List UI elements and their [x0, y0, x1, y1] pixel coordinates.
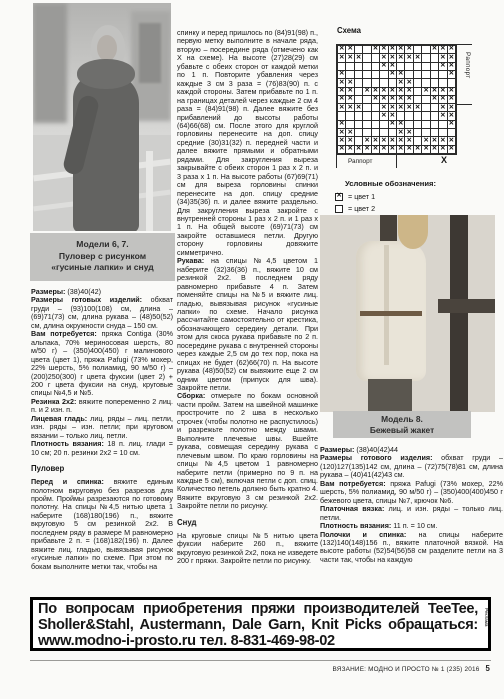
chart-cell-color1: ✕	[422, 137, 429, 144]
footer-issue: ВЯЗАНИЕ: МОДНО И ПРОСТО № 1 (235) 2016	[333, 666, 480, 673]
center-stitch-mark: Х	[441, 155, 447, 165]
chart-cell-color2	[422, 63, 429, 70]
chart-cell-color1: ✕	[346, 104, 353, 111]
chart-cell-color2	[355, 46, 362, 53]
chart-cell-color1: ✕	[389, 121, 396, 128]
chart-cell-color2	[414, 137, 421, 144]
chart-cell-color2	[422, 54, 429, 61]
chart-cell-color2	[448, 129, 455, 136]
chart-cell-color2	[431, 104, 438, 111]
chart-cell-color1: ✕	[355, 104, 362, 111]
chart-cell-color2	[363, 112, 370, 119]
chart-cell-color1: ✕	[431, 88, 438, 95]
chart-cell-color1: ✕	[389, 63, 396, 70]
chart-cell-color1: ✕	[439, 137, 446, 144]
chart-cell-color1: ✕	[405, 46, 412, 53]
chart-cell-color1: ✕	[338, 121, 345, 128]
chart-cell-color1: ✕	[372, 137, 379, 144]
chart-cell-color1: ✕	[389, 88, 396, 95]
chart-cell-color2	[338, 112, 345, 119]
chart-cell-color2	[422, 79, 429, 86]
chart-cell-color1: ✕	[431, 96, 438, 103]
chart-cell-color1: ✕	[346, 54, 353, 61]
chart-cell-color1: ✕	[448, 146, 455, 153]
chart-cell-color1: ✕	[431, 46, 438, 53]
chart-cell-color1: ✕	[380, 112, 387, 119]
chart-cell-color2	[346, 121, 353, 128]
chart-cell-color2	[363, 79, 370, 86]
chart-cell-color2	[380, 71, 387, 78]
photo-model-face	[97, 35, 117, 61]
ad-reklama-label: Реклама	[484, 608, 489, 626]
photo-model-snood	[77, 59, 135, 89]
chart-cell-color1: ✕	[338, 129, 345, 136]
chart-cell-color1: ✕	[439, 46, 446, 53]
chart-cell-color2	[431, 54, 438, 61]
caption-line: Модель 8.	[333, 414, 471, 425]
chart-cell-color2	[422, 129, 429, 136]
chart-cell-color2	[414, 46, 421, 53]
paragraph: Полочки и спинка: на спицы наберите (132…	[320, 531, 503, 565]
chart-cell-color1: ✕	[389, 146, 396, 153]
paragraph-label: Размеры готового изделия:	[320, 453, 432, 462]
chart-cell-color1: ✕	[439, 146, 446, 153]
chart-cell-color1: ✕	[363, 146, 370, 153]
chart-cell-color2	[355, 63, 362, 70]
chart-cell-color1: ✕	[448, 137, 455, 144]
magazine-page: Модели 6, 7. Пуловер с рисунком «гусиные…	[0, 0, 504, 699]
rapport-tick	[336, 155, 337, 168]
chart-cell-color1: ✕	[405, 96, 412, 103]
chart-cell-color1: ✕	[380, 54, 387, 61]
footer: ВЯЗАНИЕ: МОДНО И ПРОСТО № 1 (235) 2016 5	[333, 664, 490, 673]
chart-cell-color2	[380, 129, 387, 136]
chart-cell-color2	[431, 112, 438, 119]
chart-cell-color2	[380, 79, 387, 86]
paragraph: Сборка: отмерьте по бокам основной части…	[177, 392, 318, 510]
chart-cell-color2	[422, 46, 429, 53]
chart-cell-color1: ✕	[405, 104, 412, 111]
chart-cell-color1: ✕	[389, 137, 396, 144]
ad-line-3: www.modno-i-prosto.ru тел. 8-831-469-98-…	[38, 633, 478, 649]
paragraph-label: Полочки и спинка:	[320, 530, 406, 539]
paragraph-label: Резинка 2х2:	[31, 397, 76, 406]
paragraph-label: Рукава:	[177, 256, 204, 265]
chart-cell-color2	[338, 63, 345, 70]
chart-cell-color2	[389, 79, 396, 86]
chart-cell-color1: ✕	[338, 79, 345, 86]
rapport-tick	[455, 104, 472, 105]
photo-model-jeans	[368, 379, 412, 412]
chart-cell-color2	[372, 121, 379, 128]
chart-cell-color1: ✕	[414, 54, 421, 61]
chart-cell-color2	[414, 121, 421, 128]
chart-cell-color2	[372, 104, 379, 111]
section-heading: Снуд	[177, 518, 318, 527]
text-column-2: спинку и перед пришлось по (84)91(98) п.…	[177, 29, 318, 589]
chart-cell-color1: ✕	[422, 88, 429, 95]
chart-cell-color1: ✕	[414, 104, 421, 111]
chart-cell-color1: ✕	[338, 137, 345, 144]
chart-cell-color2	[346, 112, 353, 119]
legend-item-color2: = цвет 2	[335, 204, 375, 213]
chart-cell-color1: ✕	[405, 129, 412, 136]
chart-cell-color1: ✕	[346, 129, 353, 136]
chart-cell-color1: ✕	[389, 112, 396, 119]
chart-cell-color1: ✕	[448, 96, 455, 103]
paragraph-label: Вам потребуется:	[320, 479, 386, 488]
paragraph: Лицевая гладь: лиц. ряды – лиц. петли, и…	[31, 415, 173, 440]
chart-cell-color1: ✕	[439, 112, 446, 119]
chart-cell-color1: ✕	[338, 54, 345, 61]
legend-text: = цвет 2	[348, 204, 375, 213]
caption-line: Бежевый жакет	[333, 425, 471, 436]
rapport-label-vertical: Раппорт	[461, 52, 471, 104]
chart-cell-color1: ✕	[338, 71, 345, 78]
chart-cell-color1: ✕	[338, 104, 345, 111]
chart-cell-color1: ✕	[338, 146, 345, 153]
chart-cell-color2	[414, 71, 421, 78]
chart-cell-color1: ✕	[372, 146, 379, 153]
chart-cell-color2	[372, 129, 379, 136]
chart-cell-color1: ✕	[414, 146, 421, 153]
chart-cell-color2	[372, 54, 379, 61]
chart-cell-color2	[380, 121, 387, 128]
chart-cell-color2	[414, 79, 421, 86]
chart-cell-color1: ✕	[346, 96, 353, 103]
paragraph-label: Сборка:	[177, 391, 205, 400]
schema-title: Схема	[337, 26, 361, 35]
chart-cell-color2	[355, 137, 362, 144]
chart-cell-color2	[448, 79, 455, 86]
chart-cell-color1: ✕	[389, 71, 396, 78]
chart-cell-color1: ✕	[372, 46, 379, 53]
chart-cell-color2	[414, 96, 421, 103]
chart-cell-color2	[422, 112, 429, 119]
photo-bench	[438, 299, 495, 313]
chart-cell-color2	[439, 71, 446, 78]
chart-cell-color2	[431, 121, 438, 128]
chart-cell-color2	[422, 104, 429, 111]
chart-cell-color2	[346, 71, 353, 78]
chart-cell-color1: ✕	[422, 146, 429, 153]
chart-cell-color1: ✕	[380, 146, 387, 153]
chart-cell-color2	[414, 88, 421, 95]
photo-model-hair	[398, 215, 428, 249]
chart-cell-color2	[346, 63, 353, 70]
chart-cell-color1: ✕	[346, 146, 353, 153]
model-8-photo	[320, 215, 495, 412]
photo-building-left	[33, 3, 67, 123]
chart-cell-color1: ✕	[346, 46, 353, 53]
chart-cell-color2	[397, 63, 404, 70]
paragraph: Плотность вязания: 18 п. лиц. глади = 10…	[31, 440, 173, 457]
paragraph-label: Плотность вязания:	[31, 439, 104, 448]
chart-cell-color1: ✕	[439, 63, 446, 70]
chart-cell-color1: ✕	[380, 88, 387, 95]
chart-cell-color2	[372, 71, 379, 78]
chart-cell-color1: ✕	[448, 88, 455, 95]
chart-cell-color1: ✕	[372, 96, 379, 103]
chart-cell-color2	[389, 129, 396, 136]
models-6-7-photo	[33, 3, 171, 231]
chart-cell-color1: ✕	[448, 104, 455, 111]
chart-cell-color1: ✕	[448, 54, 455, 61]
chart-cell-color1: ✕	[397, 104, 404, 111]
paragraph: спинку и перед пришлось по (84)91(98) п.…	[177, 29, 318, 257]
chart-cell-color1: ✕	[397, 121, 404, 128]
chart-cell-color1: ✕	[439, 54, 446, 61]
footer-rule	[30, 660, 491, 661]
chart-cell-color1: ✕	[397, 137, 404, 144]
photo-window	[139, 23, 161, 83]
chart-cell-color2	[372, 112, 379, 119]
chart-cell-color1: ✕	[448, 46, 455, 53]
chart-cell-color2	[363, 46, 370, 53]
chart-cell-color2	[439, 121, 446, 128]
paragraph: На круговые спицы №5 нитью цвета фуксии …	[177, 532, 318, 566]
chart-cell-color2	[439, 129, 446, 136]
chart-cell-color1: ✕	[380, 104, 387, 111]
photo-pillar	[450, 215, 468, 412]
text-column-3: Размеры: (38)40(42)44Размеры готового из…	[320, 446, 503, 592]
chart-cell-color2	[405, 112, 412, 119]
paragraph-label: Размеры готовых изделий:	[31, 295, 142, 304]
chart-cell-color2	[363, 121, 370, 128]
yarn-ad-banner: По вопросам приобретения пряжи производи…	[30, 597, 491, 651]
chart-cell-color1: ✕	[431, 146, 438, 153]
text-column-1: Размеры: (38)40(42)Размеры готовых издел…	[31, 288, 173, 594]
rapport-tick	[396, 155, 397, 168]
chart-cell-color1: ✕	[439, 96, 446, 103]
paragraph: Размеры готового изделия: обхват груди –…	[320, 454, 503, 479]
x-square-icon: ✕	[335, 193, 343, 201]
knitting-chart: ✕✕✕✕✕✕✕✕✕✕✕✕✕✕✕✕✕✕✕✕✕✕✕✕✕✕✕✕✕✕✕✕✕✕✕✕✕✕✕✕…	[336, 44, 457, 155]
chart-cell-color2	[355, 121, 362, 128]
paragraph: Рукава: на спицы №4,5 цветом 1 наберите …	[177, 257, 318, 392]
chart-cell-color2	[405, 121, 412, 128]
chart-cell-color1: ✕	[397, 71, 404, 78]
chart-cell-color1: ✕	[380, 96, 387, 103]
chart-cell-color1: ✕	[346, 79, 353, 86]
legend-text: = цвет 1	[348, 192, 375, 201]
paragraph: Размеры готовых изделий: обхват груди – …	[31, 296, 173, 330]
chart-cell-color1: ✕	[380, 137, 387, 144]
chart-cell-color2	[397, 112, 404, 119]
chart-cell-color1: ✕	[338, 46, 345, 53]
chart-cell-color2	[431, 71, 438, 78]
chart-cell-color2	[363, 71, 370, 78]
chart-cell-color2	[439, 79, 446, 86]
chart-cell-color1: ✕	[448, 63, 455, 70]
chart-cell-color1: ✕	[448, 112, 455, 119]
chart-cell-color1: ✕	[397, 146, 404, 153]
paragraph-label: Перед и спинка:	[31, 477, 104, 486]
chart-cell-color2	[414, 129, 421, 136]
paragraph-label: Вам потребуется:	[31, 329, 97, 338]
chart-cell-color1: ✕	[397, 46, 404, 53]
empty-square-icon	[335, 205, 343, 213]
chart-cell-color1: ✕	[355, 146, 362, 153]
paragraph: Вам потребуется: пряжа Pafugi (73% мохер…	[320, 480, 503, 505]
chart-cell-color1: ✕	[405, 79, 412, 86]
chart-cell-color2	[414, 63, 421, 70]
chart-cell-color2	[372, 79, 379, 86]
paragraph-label: Платочная вязка:	[320, 504, 384, 513]
chart-cell-color1: ✕	[389, 96, 396, 103]
chart-cell-color1: ✕	[355, 54, 362, 61]
chart-cell-color2	[363, 54, 370, 61]
chart-cell-color1: ✕	[439, 104, 446, 111]
chart-cell-color1: ✕	[397, 54, 404, 61]
chart-cell-color1: ✕	[389, 104, 396, 111]
photo-railing-post	[146, 151, 153, 231]
chart-cell-color1: ✕	[405, 146, 412, 153]
models-6-7-caption: Модели 6, 7. Пуловер с рисунком «гусиные…	[30, 233, 175, 281]
chart-cell-color2	[405, 63, 412, 70]
chart-cell-color1: ✕	[397, 88, 404, 95]
caption-line: Модели 6, 7.	[30, 239, 175, 251]
legend-item-color1: ✕ = цвет 1	[335, 192, 375, 201]
rapport-label-bottom: Раппорт	[348, 158, 372, 165]
chart-cell-color2	[405, 71, 412, 78]
caption-line: «гусиные лапки» и снуд	[30, 262, 175, 274]
paragraph: Вам потребуется: пряжа Contiga (30% альп…	[31, 330, 173, 398]
photo-jacket-lapel	[384, 245, 389, 365]
chart-cell-color1: ✕	[397, 96, 404, 103]
chart-cell-color2	[363, 104, 370, 111]
chart-cell-color1: ✕	[380, 63, 387, 70]
ad-line-2: Sholler&Stahl, Austermann, Dale Garn, Kn…	[38, 617, 478, 633]
ad-line-1: По вопросам приобретения пряжи производи…	[38, 601, 478, 617]
rapport-tick	[455, 44, 472, 45]
chart-cell-color2	[422, 71, 429, 78]
chart-cell-color2	[363, 96, 370, 103]
paragraph: Перед и спинка: вяжите единым полотном в…	[31, 478, 173, 571]
chart-cell-color2	[414, 112, 421, 119]
chart-cell-color1: ✕	[363, 88, 370, 95]
chart-cell-color1: ✕	[372, 88, 379, 95]
chart-cell-color1: ✕	[346, 88, 353, 95]
chart-cell-color2	[355, 96, 362, 103]
chart-cell-color1: ✕	[389, 54, 396, 61]
chart-cell-color2	[355, 112, 362, 119]
section-heading: Пуловер	[31, 464, 173, 473]
chart-cell-color2	[372, 63, 379, 70]
chart-cell-color2	[422, 96, 429, 103]
chart-cell-color1: ✕	[405, 88, 412, 95]
chart-cell-color2	[355, 129, 362, 136]
chart-cell-color1: ✕	[346, 137, 353, 144]
chart-cell-color1: ✕	[389, 46, 396, 53]
model-8-caption: Модель 8. Бежевый жакет	[333, 411, 471, 438]
page-number: 5	[485, 664, 490, 673]
chart-cell-color1: ✕	[448, 71, 455, 78]
chart-cell-color2	[431, 129, 438, 136]
chart-cell-color1: ✕	[448, 121, 455, 128]
chart-cell-color2	[422, 121, 429, 128]
chart-cell-color1: ✕	[338, 96, 345, 103]
chart-cell-color1: ✕	[431, 137, 438, 144]
chart-cell-color1: ✕	[338, 88, 345, 95]
paragraph: Резинка 2х2: вяжите попеременно 2 лиц. п…	[31, 398, 173, 415]
chart-cell-color2	[355, 88, 362, 95]
caption-line: Пуловер с рисунком	[30, 251, 175, 263]
chart-cell-color2	[431, 63, 438, 70]
chart-cell-color1: ✕	[397, 129, 404, 136]
paragraph-label: Лицевая гладь:	[31, 414, 87, 423]
chart-cell-color1: ✕	[405, 54, 412, 61]
paragraph: Платочная вязка: лиц. и изн. ряды – толь…	[320, 505, 503, 522]
chart-cell-color1: ✕	[405, 137, 412, 144]
chart-cell-color2	[363, 63, 370, 70]
photo-jacket-belt	[360, 311, 422, 316]
chart-cell-color2	[363, 129, 370, 136]
chart-cell-color1: ✕	[439, 88, 446, 95]
chart-cell-color2	[355, 79, 362, 86]
chart-cell-color1: ✕	[397, 79, 404, 86]
chart-cell-color1: ✕	[380, 46, 387, 53]
chart-cell-color2	[431, 79, 438, 86]
chart-cell-color1: ✕	[363, 137, 370, 144]
legend-title: Условные обозначения:	[345, 179, 436, 188]
chart-cell-color2	[355, 71, 362, 78]
